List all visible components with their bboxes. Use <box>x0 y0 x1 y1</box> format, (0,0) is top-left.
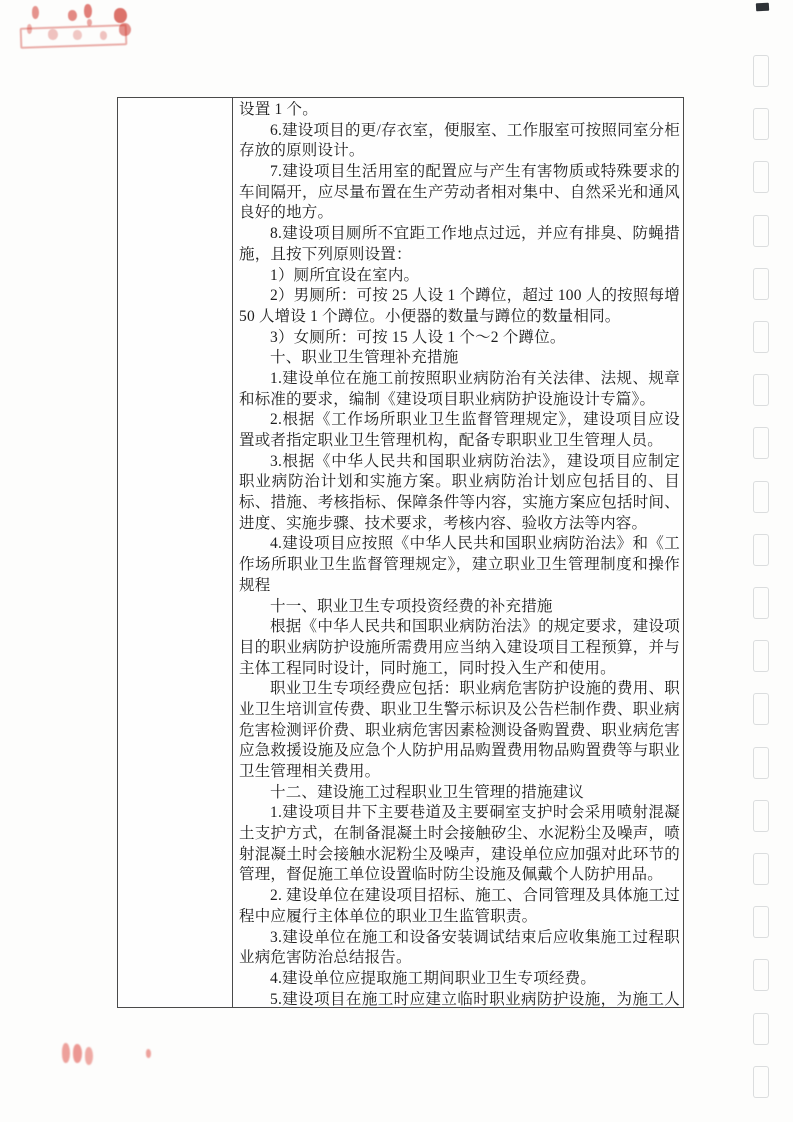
binding-hole <box>753 55 769 87</box>
body-paragraph: 设置 1 个。 <box>239 100 680 121</box>
stamp-blob <box>32 6 39 19</box>
body-paragraph: 2. 建设单位在建设项目招标、施工、合同管理及具体施工过程中应履行主体单位的职业… <box>239 886 680 927</box>
red-stamp-top-left <box>18 2 136 52</box>
binding-hole <box>753 108 769 140</box>
red-mark-blob <box>62 1043 70 1063</box>
binding-hole <box>753 215 769 247</box>
binding-hole <box>753 1013 769 1045</box>
red-mark-blob <box>146 1049 151 1058</box>
red-mark-blob <box>73 1044 82 1063</box>
body-paragraph: 2）男厕所：可按 25 人设 1 个蹲位，超过 100 人的按照每增 50 人增… <box>239 286 680 327</box>
binding-hole <box>753 693 769 725</box>
body-paragraph: 根据《中华人民共和国职业病防治法》的规定要求，建设项目的职业病防护设施所需费用应… <box>239 617 680 679</box>
body-paragraph: 4.建设项目应按照《中华人民共和国职业病防治法》和《工作场所职业卫生监督管理规定… <box>239 534 680 596</box>
body-paragraph: 4.建设单位应提取施工期间职业卫生专项经费。 <box>239 969 680 990</box>
binding-hole <box>753 906 769 938</box>
body-paragraph: 十、职业卫生管理补充措施 <box>239 348 680 369</box>
body-paragraph: 8.建设项目厕所不宜距工作地点过远，并应有排臭、防蝇措施，且按下列原则设置： <box>239 224 680 265</box>
table-left-cell <box>118 98 233 1007</box>
binding-hole <box>753 427 769 459</box>
table-content-cell: 设置 1 个。6.建设项目的更/存衣室，便服室、工作服室可按照同室分柜存放的原则… <box>233 98 683 1007</box>
body-paragraph: 1.建设项目井下主要巷道及主要硐室支护时会采用喷射混凝土支护方式，在制备混凝土时… <box>239 803 680 886</box>
stamp-blob <box>87 19 92 26</box>
binding-hole <box>753 747 769 779</box>
stamp-blob <box>68 10 77 21</box>
stamp-blob <box>119 23 131 36</box>
red-mark-bottom-left <box>58 1040 168 1072</box>
document-table: 设置 1 个。6.建设项目的更/存衣室，便服室、工作服室可按照同室分柜存放的原则… <box>117 97 684 1008</box>
stamp-blob <box>73 30 82 40</box>
binding-hole <box>753 640 769 672</box>
binding-hole <box>753 1066 769 1098</box>
body-paragraph: 3.根据《中华人民共和国职业病防治法》，建设项目应制定职业病防治计划和实施方案。… <box>239 452 680 535</box>
body-paragraph: 3.建设单位在施工和设备安装调试结束后应收集施工过程职业病危害防治总结报告。 <box>239 928 680 969</box>
stamp-blob <box>84 4 92 18</box>
stamp-blob <box>48 29 58 40</box>
binding-hole <box>753 321 769 353</box>
body-paragraph: 2.根据《工作场所职业卫生监督管理规定》，建设项目应设置或者指定职业卫生管理机构… <box>239 410 680 451</box>
body-paragraph: 1）厕所宜设在室内。 <box>239 266 680 287</box>
body-paragraph: 7.建设项目生活用室的配置应与产生有害物质或特殊要求的车间隔开，应尽量布置在生产… <box>239 162 680 224</box>
body-paragraph: 6.建设项目的更/存衣室，便服室、工作服室可按照同室分柜存放的原则设计。 <box>239 121 680 162</box>
binding-hole <box>753 374 769 406</box>
binding-hole <box>753 959 769 991</box>
body-paragraph: 1.建设单位在施工前按照职业病防治有关法律、法规、规章和标准的要求，编制《建设项… <box>239 369 680 410</box>
body-paragraph: 3）女厕所：可按 15 人设 1 个～2 个蹲位。 <box>239 328 680 349</box>
binding-hole <box>753 534 769 566</box>
stamp-blob <box>27 24 32 34</box>
binding-hole <box>753 268 769 300</box>
scanned-document-page: 设置 1 个。6.建设项目的更/存衣室，便服室、工作服室可按照同室分柜存放的原则… <box>0 0 793 1122</box>
binding-hole <box>753 161 769 193</box>
binding-hole <box>753 853 769 885</box>
body-paragraph: 职业卫生专项经费应包括：职业病危害防护设施的费用、职业卫生培训宣传费、职业卫生警… <box>239 679 680 782</box>
scan-corner-mark <box>756 3 769 12</box>
body-paragraph: 5.建设项目在施工时应建立临时职业病防护设施，为施工人员配发符合要求的个体防护用… <box>239 990 680 1007</box>
body-paragraph: 十一、职业卫生专项投资经费的补充措施 <box>239 597 680 618</box>
binding-hole <box>753 481 769 513</box>
stamp-blob <box>100 31 107 40</box>
binding-hole <box>753 800 769 832</box>
red-mark-blob <box>85 1047 93 1065</box>
stamp-blob <box>114 8 127 23</box>
body-paragraph: 十二、建设施工过程职业卫生管理的措施建议 <box>239 783 680 804</box>
binding-hole <box>753 587 769 619</box>
